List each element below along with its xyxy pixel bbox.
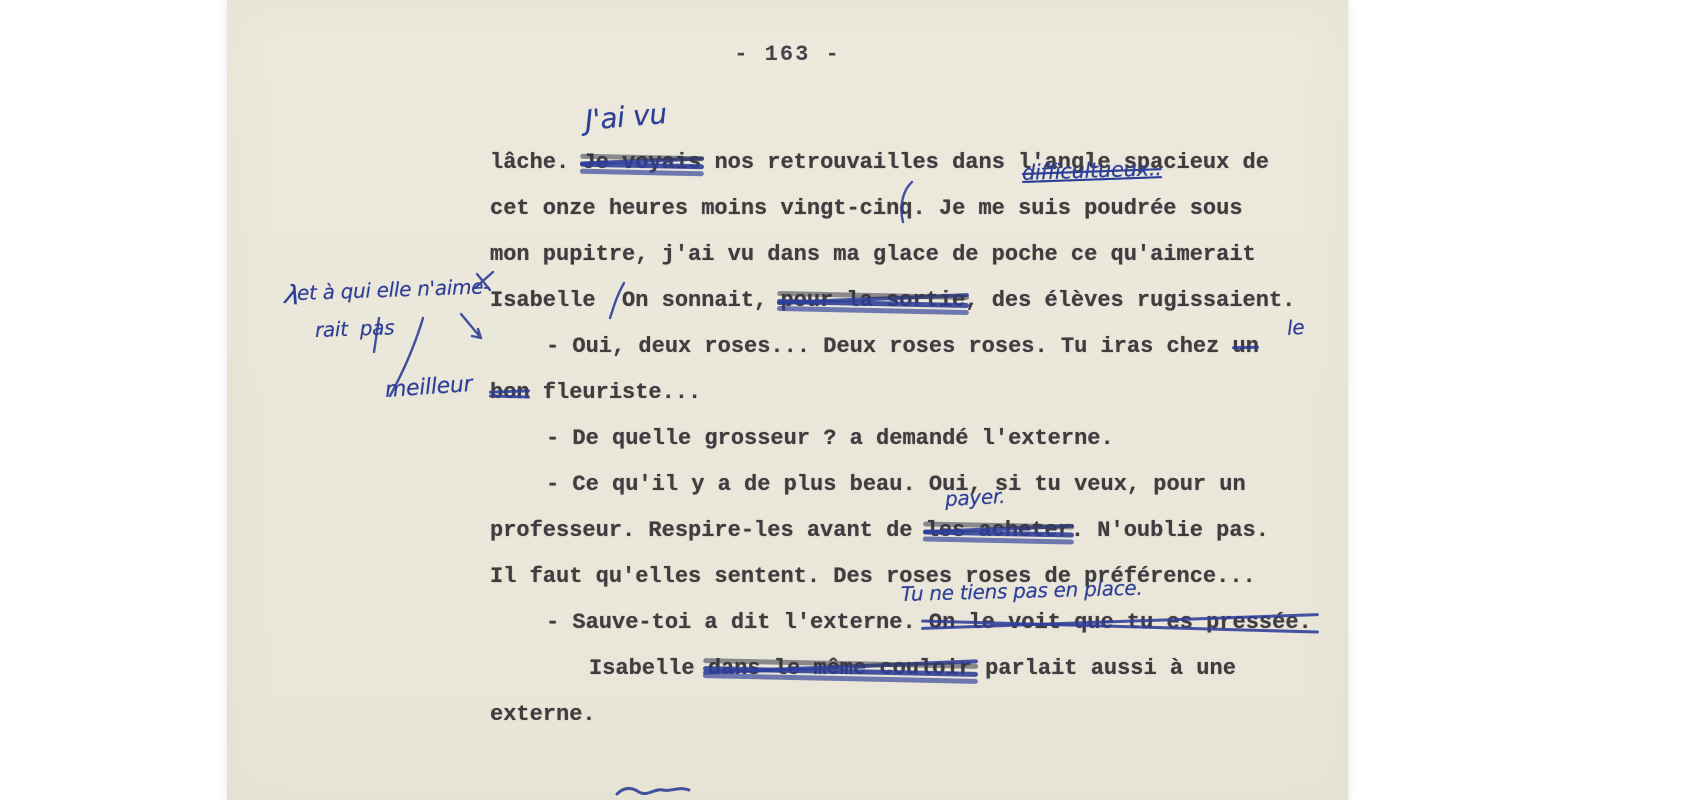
- struck-text: pour la sortie: [780, 288, 965, 313]
- struck-text: les acheter: [926, 518, 1071, 543]
- scanned-manuscript-page: - 163 - lâche. Je voyais nos retrouvaill…: [0, 0, 1700, 800]
- typed-text: - Oui, deux roses... Deux roses roses. T…: [546, 334, 1233, 359]
- typed-line: professeur. Respire-les avant de les ach…: [490, 508, 1312, 554]
- typed-line: Isabelle dans le même couloir parlait au…: [490, 646, 1312, 692]
- struck-text: un: [1233, 334, 1259, 359]
- typed-text: cet onze heures moins vingt-cinq. Je me …: [490, 196, 1243, 221]
- typed-text: . N'oublie pas.: [1071, 518, 1269, 543]
- typed-line: cet onze heures moins vingt-cinq. Je me …: [490, 186, 1312, 232]
- bottom-handwriting-fragment-icon: [617, 789, 689, 795]
- typed-text: fleuriste...: [530, 380, 702, 405]
- struck-text: dans le même couloir: [708, 656, 972, 681]
- typed-text: - Sauve-toi a dit l'externe.: [546, 610, 929, 635]
- margin-arrow-mark-icon: [461, 314, 481, 338]
- typed-text: nos retrouvailles dans l'angle spacieux …: [701, 150, 1269, 175]
- handwritten-correction-difficultueux-struck: difficultueux..: [1022, 156, 1162, 185]
- typed-text: parlait aussi à une: [972, 656, 1236, 681]
- typed-line: externe.: [490, 692, 1312, 738]
- typed-line: - Sauve-toi a dit l'externe. On le voit …: [490, 600, 1312, 646]
- struck-text: Je voyais: [582, 150, 701, 175]
- struck-text: bon: [490, 380, 530, 405]
- handwritten-correction-meilleur: meilleur: [384, 372, 473, 403]
- handwritten-correction-jai-vu: J'ai vu: [584, 97, 669, 137]
- typed-text: lâche.: [490, 150, 582, 175]
- typed-text: - De quelle grosseur ? a demandé l'exter…: [546, 426, 1114, 451]
- handwritten-correction-le: le: [1286, 315, 1305, 340]
- struck-text: On le voit que tu es pressée.: [929, 610, 1312, 635]
- margin-note-line-1: et à qui elle n'aime-: [297, 274, 491, 305]
- typed-text: professeur. Respire-les avant de: [490, 518, 926, 543]
- handwritten-correction-payer: payer.: [944, 484, 1005, 511]
- margin-note-line-2: rait pas: [315, 315, 395, 342]
- typed-line: mon pupitre, j'ai vu dans ma glace de po…: [490, 232, 1312, 278]
- typed-text: - Ce qu'il y a de plus beau. Oui, si tu …: [546, 472, 1246, 497]
- typed-line: Isabelle On sonnait, pour la sortie, des…: [490, 278, 1312, 324]
- typed-text-block: lâche. Je voyais nos retrouvailles dans …: [490, 140, 1312, 738]
- typed-text: mon pupitre, j'ai vu dans ma glace de po…: [490, 242, 1256, 267]
- typed-line: - Oui, deux roses... Deux roses roses. T…: [490, 324, 1312, 370]
- typed-text: externe.: [490, 702, 596, 727]
- typed-line: bon fleuriste...: [490, 370, 1312, 416]
- typed-line: lâche. Je voyais nos retrouvailles dans …: [490, 140, 1312, 186]
- typed-text: Isabelle On sonnait,: [490, 288, 780, 313]
- typed-text: Isabelle: [589, 656, 708, 681]
- typed-text: , des élèves rugissaient.: [965, 288, 1295, 313]
- paper-sheet: - 163 - lâche. Je voyais nos retrouvaill…: [227, 0, 1348, 800]
- typed-line: - Ce qu'il y a de plus beau. Oui, si tu …: [490, 462, 1312, 508]
- typed-line: - De quelle grosseur ? a demandé l'exter…: [490, 416, 1312, 462]
- page-number: - 163 -: [227, 42, 1348, 67]
